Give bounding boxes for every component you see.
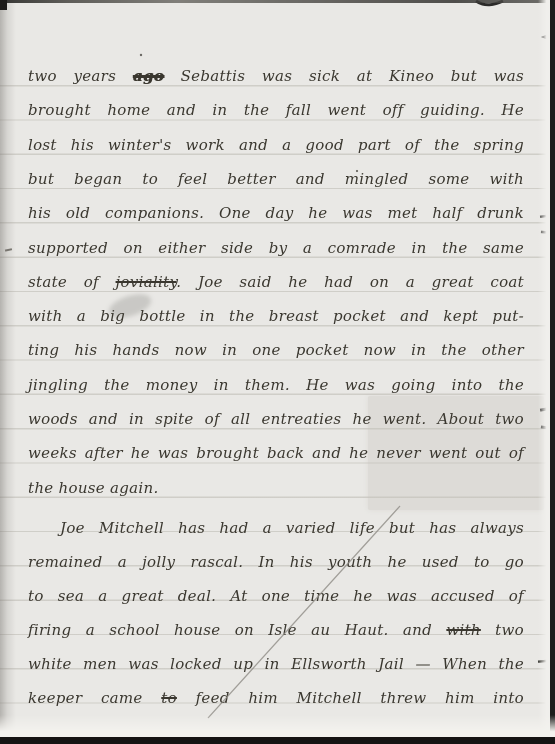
right-photo-edge: [550, 0, 555, 744]
manuscript-line: woods and in spite of all entreaties he …: [28, 407, 524, 431]
manuscript-line: keeper came to feed him Mitchell threw h…: [28, 686, 524, 710]
manuscript-text-segment: weeks after he was brought back and he n…: [28, 444, 524, 462]
manuscript-text-segment: two: [481, 621, 524, 639]
manuscript-line: the house again.: [28, 476, 524, 500]
manuscript-text: two years ago Sebattis was sick at Kineo…: [0, 0, 555, 744]
manuscript-text-segment: the house again.: [28, 479, 159, 497]
manuscript-text-segment: his old companions. One day he was met h…: [28, 204, 524, 222]
manuscript-text-segment: keeper came: [28, 689, 161, 707]
manuscript-line: to sea a great deal. At one time he was …: [28, 584, 524, 608]
manuscript-line: jingling the money in them. He was going…: [28, 373, 524, 397]
manuscript-line: brought home and in the fall went off gu…: [28, 98, 524, 122]
manuscript-text-segment: but began to feel better and mingled som…: [28, 170, 524, 188]
manuscript-line: remained a jolly rascal. In his youth he…: [28, 550, 524, 574]
manuscript-line: Joe Mitchell has had a varied life but h…: [28, 516, 524, 540]
manuscript-line: two years ago Sebattis was sick at Kineo…: [28, 64, 524, 88]
corner-mark-top-left: [0, 0, 7, 10]
manuscript-text-segment: Joe Mitchell has had a varied life but h…: [60, 519, 524, 537]
manuscript-text-segment: firing a school house on Isle au Haut. a…: [28, 621, 446, 639]
manuscript-page: two years ago Sebattis was sick at Kineo…: [0, 0, 555, 744]
manuscript-line: supported on either side by a comrade in…: [28, 236, 524, 260]
manuscript-text-segment: with a big bottle in the breast pocket a…: [28, 307, 524, 325]
manuscript-line: weeks after he was brought back and he n…: [28, 441, 524, 465]
struck-word: to: [161, 689, 177, 707]
manuscript-text-segment: feed him Mitchell threw him into: [177, 689, 524, 707]
manuscript-line: state of joviality. Joe said he had on a…: [28, 270, 524, 294]
manuscript-text-segment: lost his winter's work and a good part o…: [28, 136, 524, 154]
manuscript-line: but began to feel better and mingled som…: [28, 167, 524, 191]
struck-word: joviality: [116, 273, 177, 291]
bottom-paper-edge: [0, 715, 555, 737]
manuscript-text-segment: Sebattis was sick at Kineo but was: [164, 67, 524, 85]
manuscript-text-segment: white men was locked up in Ellsworth Jai…: [28, 655, 524, 673]
manuscript-line: with a big bottle in the breast pocket a…: [28, 304, 524, 328]
manuscript-line: white men was locked up in Ellsworth Jai…: [28, 652, 524, 676]
manuscript-line: lost his winter's work and a good part o…: [28, 133, 524, 157]
manuscript-text-segment: state of: [28, 273, 116, 291]
manuscript-line: ting his hands now in one pocket now in …: [28, 338, 524, 362]
bottom-photo-edge: [0, 737, 555, 744]
manuscript-text-segment: supported on either side by a comrade in…: [28, 239, 524, 257]
struck-word: ago: [133, 67, 164, 85]
manuscript-text-segment: to sea a great deal. At one time he was …: [28, 587, 524, 605]
right-paper-edge: [538, 0, 550, 744]
manuscript-line: firing a school house on Isle au Haut. a…: [28, 618, 524, 642]
left-gutter-shadow: [0, 0, 16, 744]
manuscript-text-segment: two years: [28, 67, 133, 85]
manuscript-text-segment: woods and in spite of all entreaties he …: [28, 410, 524, 428]
top-edge-shadow: [0, 0, 555, 3]
manuscript-text-segment: ting his hands now in one pocket now in …: [28, 341, 524, 359]
manuscript-text-segment: jingling the money in them. He was going…: [28, 376, 524, 394]
struck-word: with: [446, 621, 481, 639]
manuscript-text-segment: remained a jolly rascal. In his youth he…: [28, 553, 524, 571]
manuscript-line: his old companions. One day he was met h…: [28, 201, 524, 225]
manuscript-text-segment: brought home and in the fall went off gu…: [28, 101, 524, 119]
manuscript-text-segment: . Joe said he had on a great coat: [176, 273, 524, 291]
